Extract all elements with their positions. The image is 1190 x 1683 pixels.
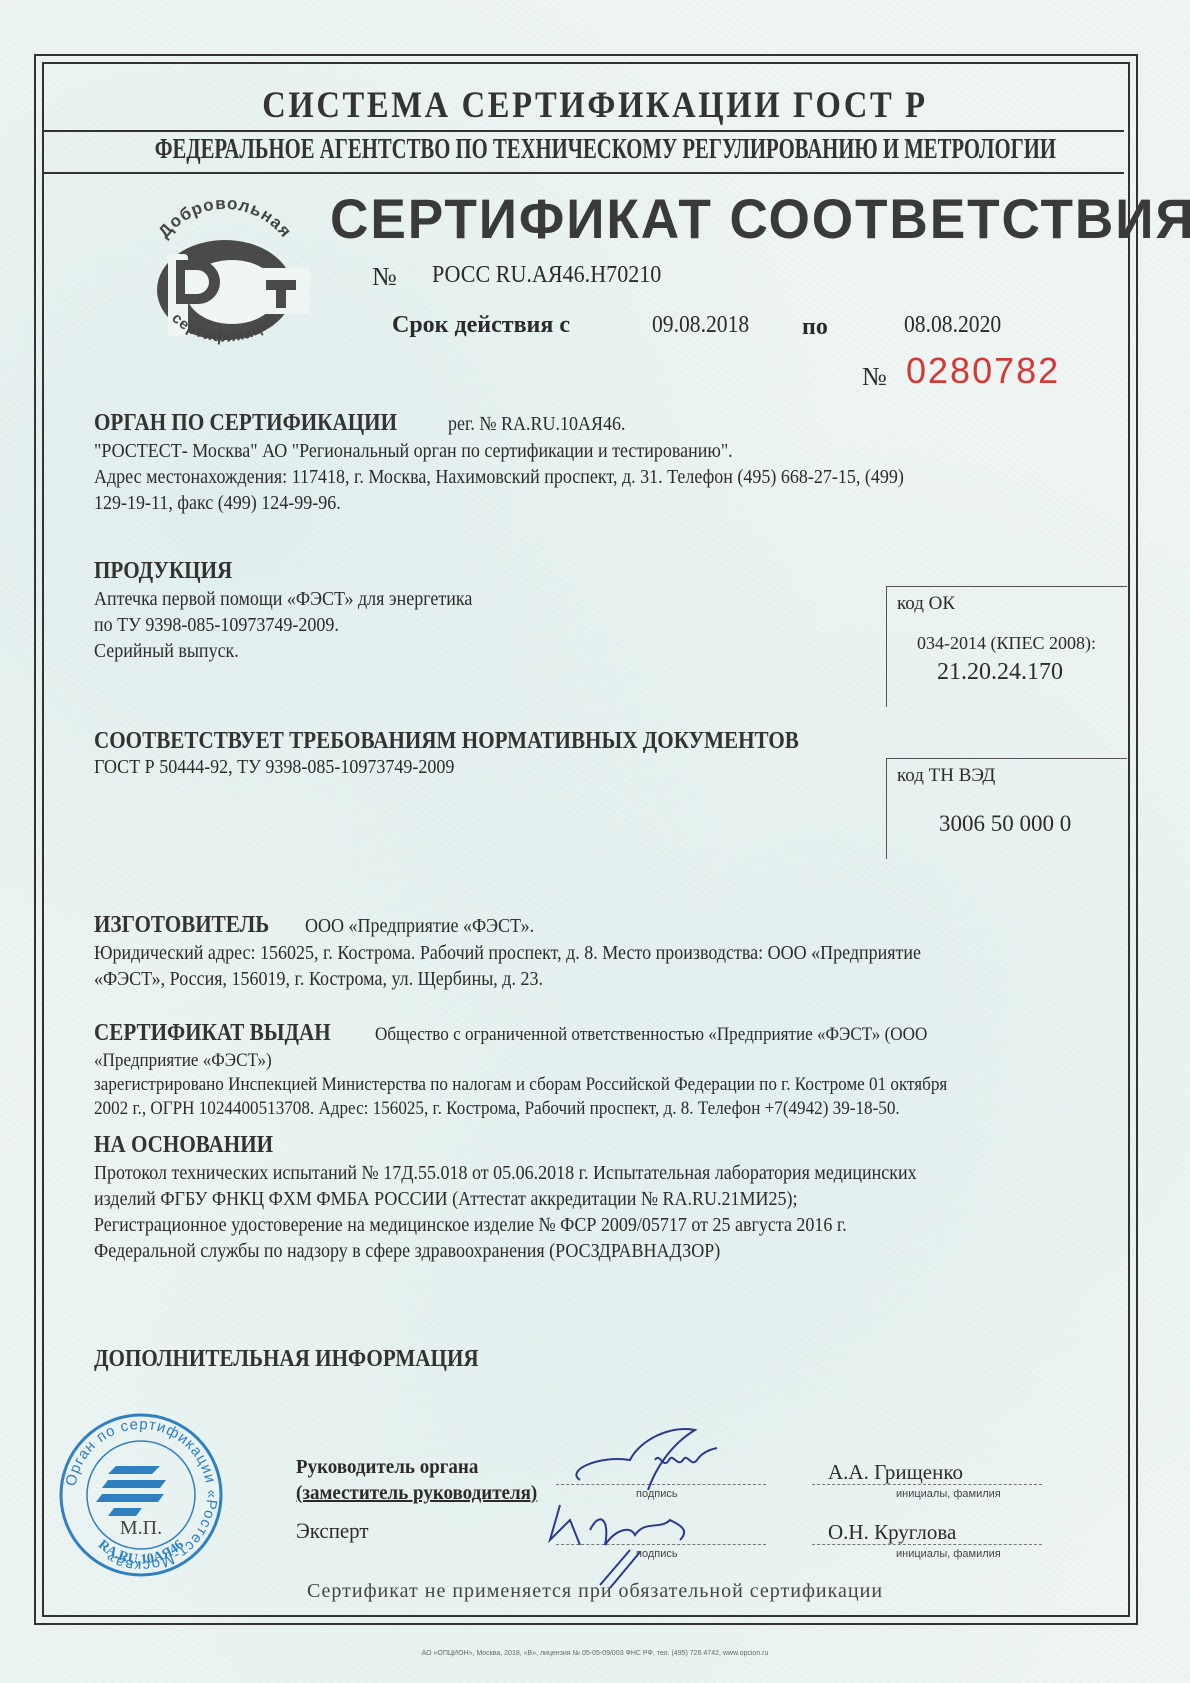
certificate-title: СЕРТИФИКАТ СООТВЕТСТВИЯ <box>330 186 1190 251</box>
svg-text:Добровольная: Добровольная <box>155 194 296 242</box>
expert-signature-icon <box>540 1490 720 1590</box>
valid-from: 09.08.2018 <box>652 312 749 339</box>
name-caption: инициалы, фамилия <box>896 1548 1001 1560</box>
head-label: Руководитель органа <box>296 1456 478 1479</box>
basis-line: изделий ФГБУ ФНКЦ ФХМ ФМБА РОССИИ (Аттес… <box>94 1188 798 1211</box>
printer-line: АО «ОПЦИОН», Москва, 2018, «В», лицензия… <box>0 1650 1190 1657</box>
reg-number: рег. № RA.RU.10АЯ46. <box>448 413 626 436</box>
divider <box>44 130 1124 132</box>
section-heading: ИЗГОТОВИТЕЛЬ <box>94 912 269 939</box>
issued-to-line: «Предприятие «ФЭСТ») <box>94 1050 272 1072</box>
tnved-code-value: 3006 50 000 0 <box>939 811 1071 837</box>
name-line <box>812 1544 1042 1545</box>
manufacturer-line: Юридический адрес: 156025, г. Кострома. … <box>94 942 921 965</box>
issued-to-line: 2002 г., ОГРН 1024400513708. Адрес: 1560… <box>94 1098 900 1120</box>
name-line <box>812 1484 1042 1485</box>
divider <box>44 172 1124 174</box>
section-heading: СООТВЕТСТВУЕТ ТРЕБОВАНИЯМ НОРМАТИВНЫХ ДО… <box>94 728 799 755</box>
valid-to: 08.08.2020 <box>904 312 1001 339</box>
body-line: "РОСТЕСТ- Москва" АО "Региональный орган… <box>94 440 733 463</box>
section-heading: ОРГАН ПО СЕРТИФИКАЦИИ <box>94 410 397 437</box>
issued-to-first-line: Общество с ограниченной ответственностью… <box>375 1024 927 1046</box>
manufacturer-line: «ФЭСТ», Россия, 156019, г. Кострома, ул.… <box>94 968 543 991</box>
blank-serial-number: 0280782 <box>906 350 1060 392</box>
product-line: Аптечка первой помощи «ФЭСТ» для энергет… <box>94 588 472 611</box>
head-name: А.А. Грищенко <box>828 1460 963 1485</box>
basis-line: Регистрационное удостоверение на медицин… <box>94 1214 847 1237</box>
expert-label: Эксперт <box>296 1518 368 1544</box>
head-signature-icon <box>560 1420 740 1500</box>
ok-code-box: код ОК 034-2014 (КПЕС 2008): 21.20.24.17… <box>886 586 1127 707</box>
ok-code-value: 21.20.24.170 <box>937 659 1063 686</box>
rst-voluntary-certification-logo-icon: Добровольная сертификация <box>130 190 320 360</box>
seal-stamp-icon: Орган по сертификации «Ростест-Москва» R… <box>56 1410 226 1580</box>
blank-number-sign: № <box>862 362 887 392</box>
svg-text:М.П.: М.П. <box>120 1517 162 1539</box>
body-line: Адрес местонахождения: 117418, г. Москва… <box>94 466 904 489</box>
agency-name: ФЕДЕРАЛЬНОЕ АГЕНТСТВО ПО ТЕХНИЧЕСКОМУ РЕ… <box>155 134 1036 166</box>
normative-documents: ГОСТ Р 50444-92, ТУ 9398-085-10973749-20… <box>94 756 454 779</box>
issued-to-section: СЕРТИФИКАТ ВЫДАН Общество с ограниченной… <box>94 1020 989 1047</box>
footer-note: Сертификат не применяется при обязательн… <box>0 1580 1190 1603</box>
tnved-code-label: код ТН ВЭД <box>897 765 995 787</box>
section-heading: СЕРТИФИКАТ ВЫДАН <box>94 1020 331 1047</box>
expert-name: О.Н. Круглова <box>828 1520 956 1545</box>
product-line: по ТУ 9398-085-10973749-2009. <box>94 614 339 637</box>
tnved-code-box: код ТН ВЭД 3006 50 000 0 <box>886 758 1127 859</box>
basis-line: Федеральной службы по надзору в сфере зд… <box>94 1240 720 1263</box>
issued-to-line: зарегистрировано Инспекцией Министерства… <box>94 1074 947 1096</box>
certification-body-section: ОРГАН ПО СЕРТИФИКАЦИИ рег. № RA.RU.10АЯ4… <box>94 410 646 437</box>
basis-line: Протокол технических испытаний № 17Д.55.… <box>94 1162 917 1185</box>
manufacturer-section: ИЗГОТОВИТЕЛЬ ООО «Предприятие «ФЭСТ». <box>94 912 560 939</box>
section-heading: ПРОДУКЦИЯ <box>94 558 232 585</box>
ok-classifier: 034-2014 (КПЕС 2008): <box>917 633 1096 654</box>
system-title: СИСТЕМА СЕРТИФИКАЦИИ ГОСТ Р <box>71 84 1118 127</box>
product-line: Серийный выпуск. <box>94 640 239 663</box>
ok-code-label: код ОК <box>897 593 955 615</box>
deputy-label: (заместитель руководителя) <box>296 1482 537 1505</box>
manufacturer-name: ООО «Предприятие «ФЭСТ». <box>305 915 534 938</box>
body-line: 129-19-11, факс (499) 124-99-96. <box>94 492 341 515</box>
validity-label: Срок действия с <box>392 312 570 339</box>
section-heading: ДОПОЛНИТЕЛЬНАЯ ИНФОРМАЦИЯ <box>94 1346 479 1373</box>
section-heading: НА ОСНОВАНИИ <box>94 1132 273 1159</box>
name-caption: инициалы, фамилия <box>896 1488 1001 1500</box>
registration-number: РОСС RU.АЯ46.Н70210 <box>432 262 661 289</box>
number-sign: № <box>372 262 397 292</box>
valid-to-label: по <box>802 314 828 341</box>
